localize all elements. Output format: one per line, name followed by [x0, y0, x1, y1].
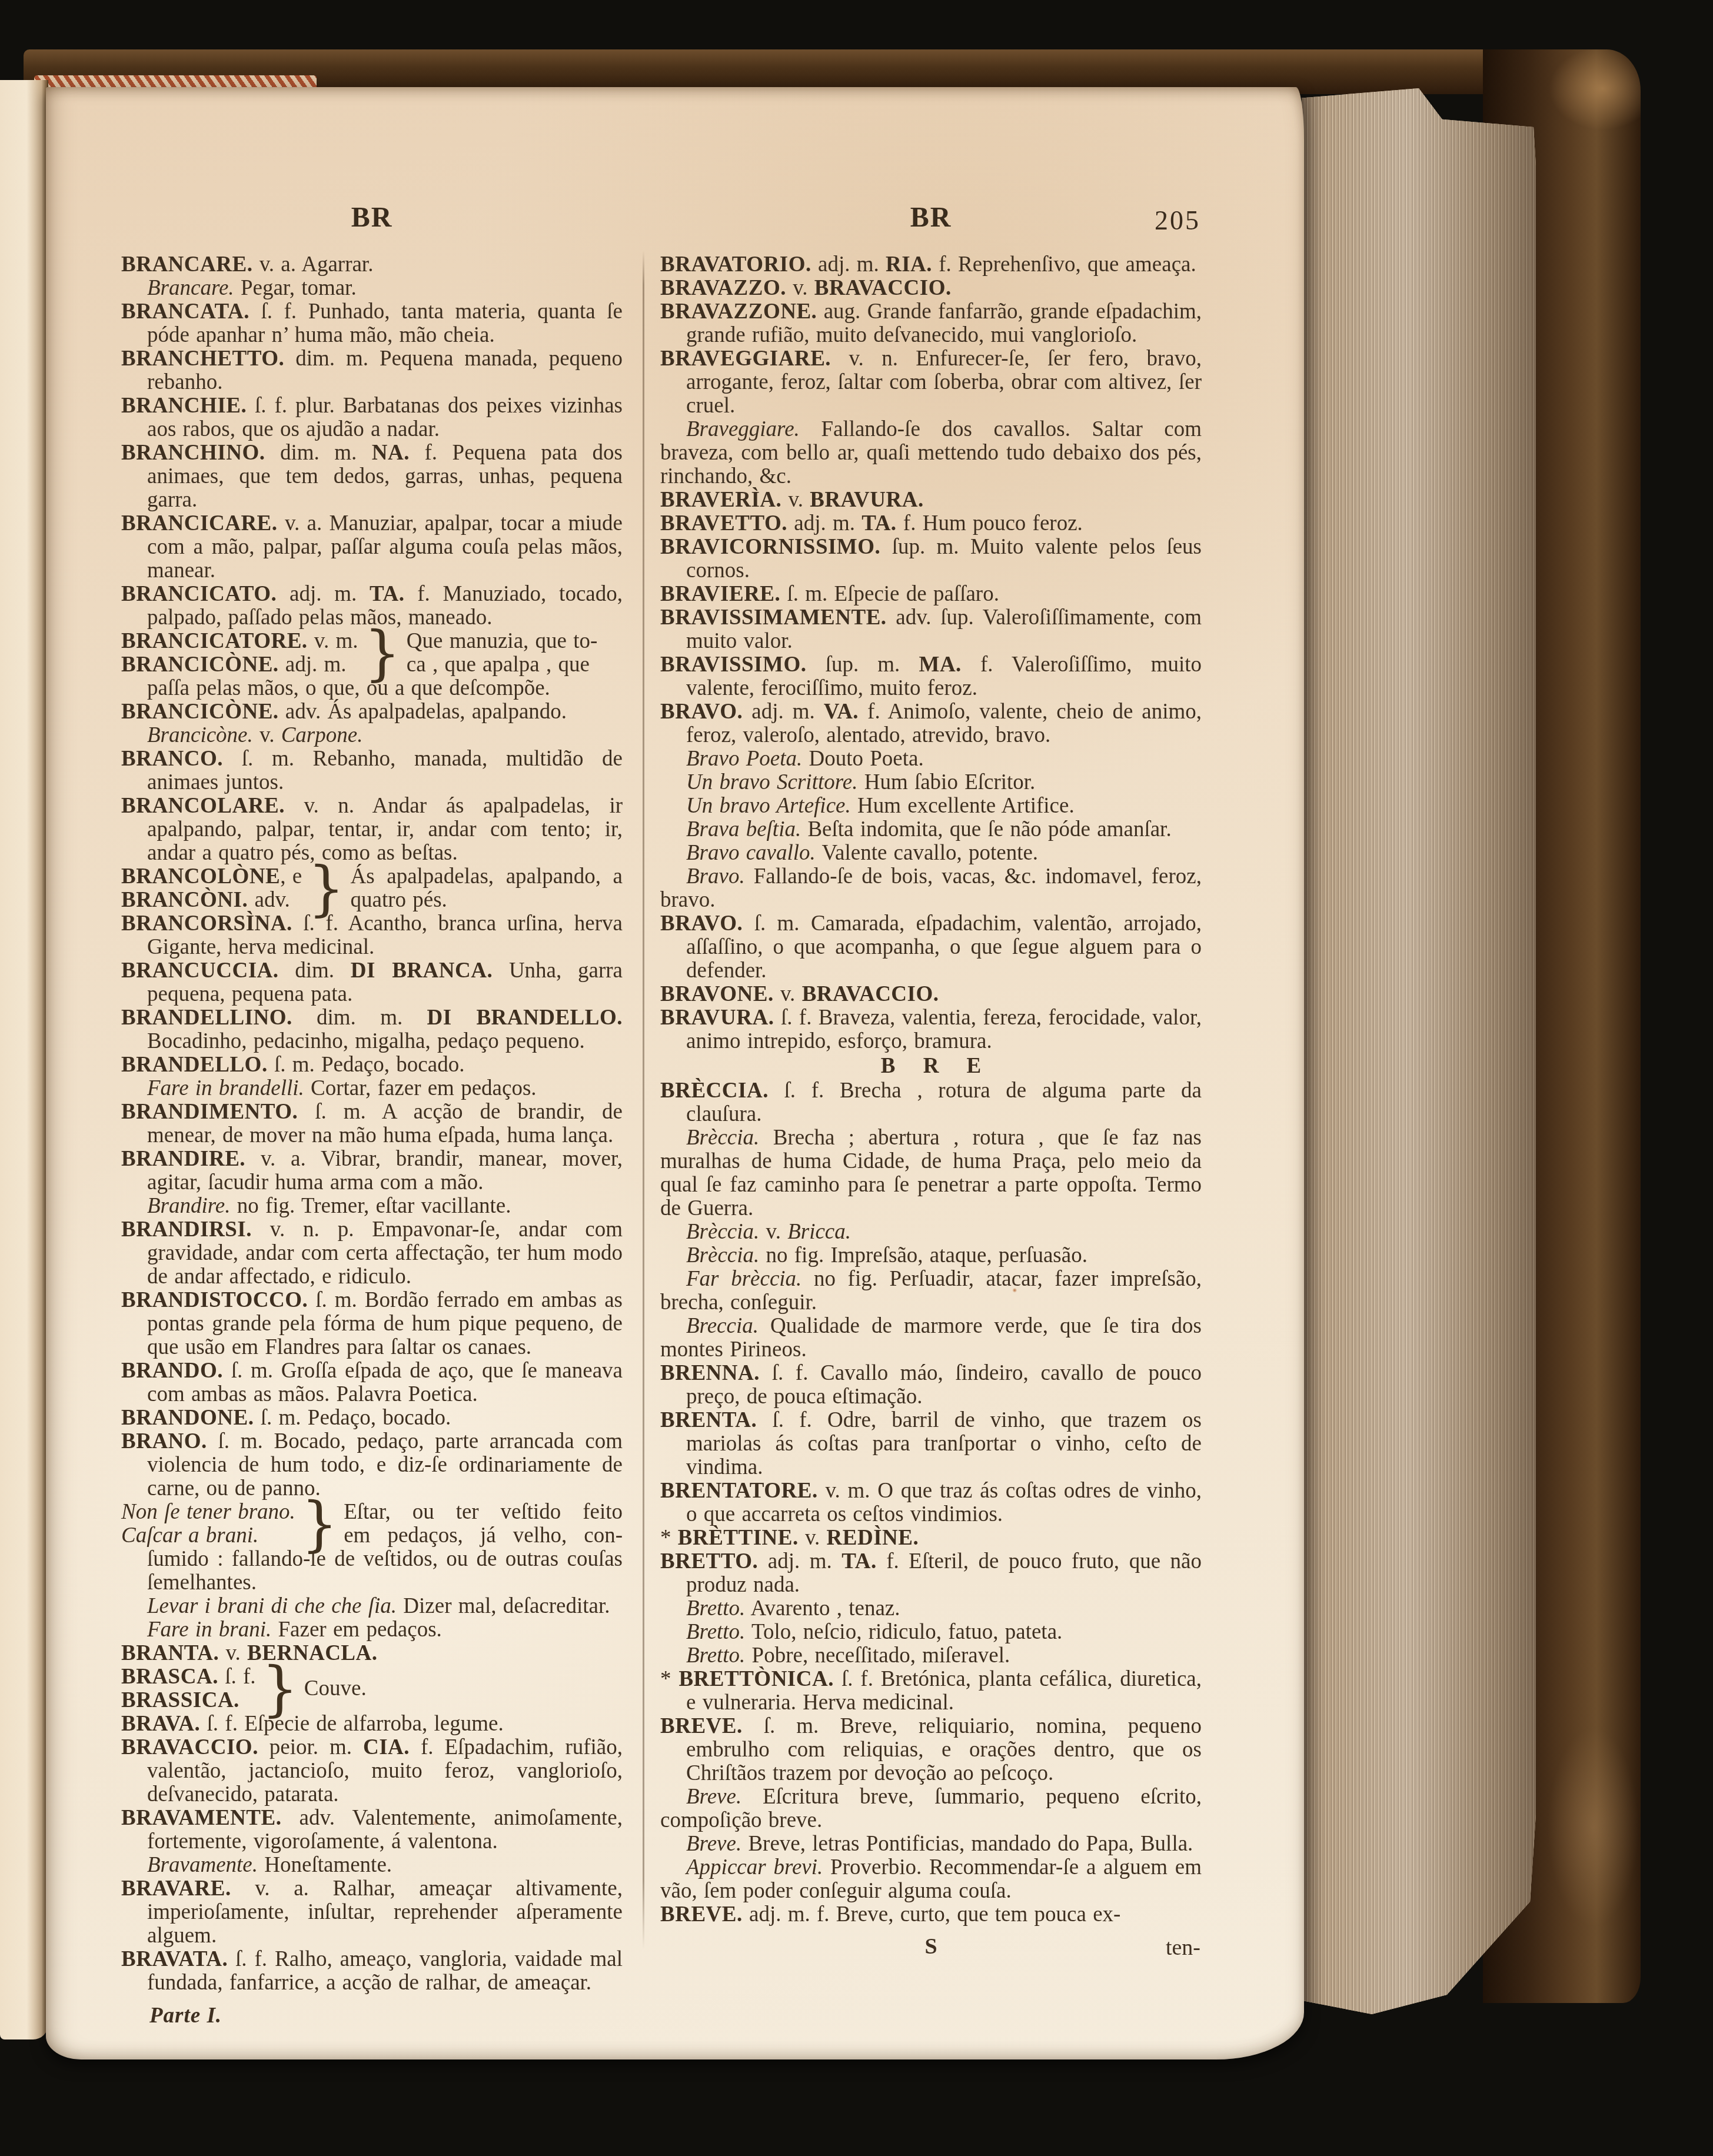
dictionary-entry: BRANO. ſ. m. Bocado, pedaço, parte arran… — [121, 1430, 623, 1500]
dictionary-entry: BRAVO. ſ. m. Camarada, eſpadachim, valen… — [660, 912, 1202, 983]
brace-group: BRANCOLÒNE, eBRANCÒNI. adv.}Ás apalpadel… — [121, 865, 623, 912]
dictionary-entry: BRAVAZZONE. aug. Grande fanfarrão, grand… — [660, 300, 1202, 347]
column-rule — [643, 251, 644, 1949]
dictionary-entry: BRANCHINO. dim. m. NA. f. Pequena pata d… — [121, 441, 623, 512]
dictionary-entry: BRANCHIE. ſ. f. plur. Barbatanas dos pei… — [121, 394, 623, 441]
dictionary-entry: BRANDIRE. v. a. Vibrar, brandir, manear,… — [121, 1147, 623, 1195]
dictionary-entry: BRANCICÒNE. adv. Ás apalpadelas, apalpan… — [121, 700, 623, 724]
sub-entry: Brancicòne. v. Carpone. — [121, 724, 623, 747]
sub-entry: Bretto. Tolo, neſcio, ridiculo, fatuo, p… — [660, 1621, 1202, 1644]
running-head-row-right: BR 205 — [660, 202, 1202, 233]
brace-shared-definition: Ás apalpadelas, apalpando, aquatro pés. — [347, 865, 623, 912]
dictionary-entry: BRANCO. ſ. m. Rebanho, manada, multidão … — [121, 747, 623, 794]
dictionary-entry: BRANCUCCIA. dim. DI BRANCA. Unha, garra … — [121, 959, 623, 1006]
brace-shared-definition: Couve. — [301, 1665, 623, 1712]
dictionary-entry: BRANDIMENTO. ſ. m. A acção de brandir, d… — [121, 1100, 623, 1147]
right-column-body: BRAVATORIO. adj. m. RIA. f. Reprehenſivo… — [660, 253, 1202, 1927]
dictionary-entry: BRAVISSIMO. ſup. m. MA. f. Valeroſiſſimo… — [660, 653, 1202, 700]
dictionary-entry: BRANCATA. ſ. f. Punhado, tanta materia, … — [121, 300, 623, 347]
sub-entry: Breccia. Qualidade de marmore verde, que… — [660, 1315, 1202, 1362]
dictionary-entry: BRAVERÌA. v. BRAVURA. — [660, 488, 1202, 512]
book-page: BR BRANCARE. v. a. Agarrar.Brancare. Peg… — [46, 87, 1304, 2059]
sub-entry: Bravo Poeta. Douto Poeta. — [660, 747, 1202, 771]
sub-entry: Un bravo Artefice. Hum excellente Artifi… — [660, 794, 1202, 818]
sub-entry: Levar i brani di che che ſia. Dizer mal,… — [121, 1595, 623, 1618]
sub-entry: Bravamente. Honeſtamente. — [121, 1854, 623, 1877]
dictionary-entry: BRANDIRSI. v. n. p. Empavonar-ſe, andar … — [121, 1218, 623, 1289]
dictionary-entry: BRAVATA. ſ. f. Ralho, ameaço, vangloria,… — [121, 1948, 623, 1995]
dictionary-entry: BREVE. ſ. m. Breve, reliquiario, nomina,… — [660, 1715, 1202, 1785]
dictionary-entry: BRAVA. ſ. f. Eſpecie de alfarroba, legum… — [121, 1712, 623, 1736]
sub-entry: Appiccar brevi. Proverbio. Recommendar-ſ… — [660, 1856, 1202, 1903]
brace-glyph: } — [308, 864, 344, 913]
dictionary-entry: BRAVIERE. ſ. m. Eſpecie de paſſaro. — [660, 583, 1202, 606]
dictionary-entry: BRAVACCIO. peior. m. CIA. f. Eſpadachim,… — [121, 1736, 623, 1806]
dictionary-entry: BRANDONE. ſ. m. Pedaço, bocado. — [121, 1406, 623, 1430]
dictionary-entry: BRANCHETTO. dim. m. Pequena manada, pequ… — [121, 347, 623, 394]
running-head-row-left: BR — [121, 202, 623, 233]
part-signature-line: Parte I. — [121, 2004, 623, 2028]
dictionary-entry: BRENTA. ſ. f. Odre, barril de vinho, que… — [660, 1409, 1202, 1479]
sub-entry: Bretto. Pobre, neceſſitado, miſeravel. — [660, 1644, 1202, 1668]
sub-entry: Breve. Eſcritura breve, ſummario, pequen… — [660, 1785, 1202, 1832]
catchword: ten- — [1166, 1936, 1200, 1959]
sub-entry: Un bravo Scrittore. Hum ſabio Eſcritor. — [660, 771, 1202, 794]
dictionary-entry: BRAVICORNISSIMO. ſup. m. Muito valente p… — [660, 535, 1202, 583]
dictionary-entry: BRAVO. adj. m. VA. f. Animoſo, valente, … — [660, 700, 1202, 747]
brace-left-terms: BRASCA. ſ. f.BRASSICA. — [121, 1665, 256, 1712]
right-column: BR 205 BRAVATORIO. adj. m. RIA. f. Repre… — [660, 202, 1202, 1959]
brace-shared-definition: Que manuzia, que to-ca , que apalpa , qu… — [403, 630, 623, 677]
dictionary-entry: BRANDELLO. ſ. m. Pedaço, bocado. — [121, 1053, 623, 1077]
brace-glyph: } — [262, 1665, 298, 1713]
sub-entry: Bravo. Fallando-ſe de bois, vacas, &c. i… — [660, 865, 1202, 912]
dictionary-entry: BRAVATORIO. adj. m. RIA. f. Reprehenſivo… — [660, 253, 1202, 277]
left-column: BR BRANCARE. v. a. Agarrar.Brancare. Peg… — [121, 202, 623, 2028]
sub-entry: Breve. Breve, letras Pontificias, mandad… — [660, 1832, 1202, 1856]
dictionary-entry: BRANDO. ſ. m. Groſſa eſpada de aço, que … — [121, 1359, 623, 1406]
dictionary-entry: BRAVETTO. adj. m. TA. f. Hum pouco feroz… — [660, 512, 1202, 535]
sub-entry: Brava beſtia. Beſta indomita, que ſe não… — [660, 818, 1202, 841]
running-head-right: BR — [910, 202, 952, 233]
sub-entry: Brèccia. Brecha ; abertura , rotura , qu… — [660, 1126, 1202, 1220]
entry-continuation: ſumido : fallando-ſe de veſtidos, ou de … — [121, 1548, 623, 1595]
dictionary-entry: BRANDISTOCCO. ſ. m. Bordão ferrado em am… — [121, 1289, 623, 1359]
brace-group: BRASCA. ſ. f.BRASSICA.}Couve. — [121, 1665, 623, 1712]
signature-mark: S — [660, 1935, 1202, 1958]
brace-left-terms: Non ſe tener brano.Caſcar a brani. — [121, 1500, 295, 1548]
dictionary-entry: BRÈCCIA. ſ. f. Brecha , rotura de alguma… — [660, 1079, 1202, 1126]
signature-line: S ten- — [660, 1935, 1202, 1959]
sub-entry: Brèccia. v. Bricca. — [660, 1220, 1202, 1244]
brace-glyph: } — [301, 1500, 338, 1548]
sub-entry: Braveggiare. Fallando-ſe dos cavallos. S… — [660, 418, 1202, 488]
dictionary-entry: * BRÈTTINE. v. REDÌNE. — [660, 1526, 1202, 1550]
brace-left-terms: BRANCOLÒNE, eBRANCÒNI. adv. — [121, 865, 302, 912]
part-signature: Parte I. — [149, 2004, 222, 2028]
dictionary-entry: * BRETTÒNICA. ſ. f. Bretónica, planta ce… — [660, 1668, 1202, 1715]
dictionary-entry: BRAVEGGIARE. v. n. Enfurecer-ſe, ſer fer… — [660, 347, 1202, 418]
dictionary-entry: BRAVISSIMAMENTE. adv. ſup. Valeroſiſſima… — [660, 606, 1202, 653]
dictionary-entry: BRETTO. adj. m. TA. f. Eſteril, de pouco… — [660, 1550, 1202, 1597]
left-column-body: BRANCARE. v. a. Agarrar.Brancare. Pegar,… — [121, 253, 623, 1995]
brace-glyph: } — [364, 629, 400, 677]
page-number: 205 — [1155, 205, 1200, 236]
dictionary-entry: BRAVARE. v. a. Ralhar, ameaçar altivamen… — [121, 1877, 623, 1948]
brace-shared-definition: Eſtar, ou ter veſtido feitoem pedaços, j… — [340, 1500, 623, 1548]
dictionary-entry: BRANCOLARE. v. n. Andar ás apalpadelas, … — [121, 794, 623, 865]
running-head-left: BR — [351, 202, 393, 233]
page-stack-fore-edge — [1302, 88, 1536, 2028]
dictionary-entry: BRANTA. v. BERNACLA. — [121, 1642, 623, 1665]
sub-entry: Brèccia. no fig. Impreſsão, ataque, perſ… — [660, 1244, 1202, 1267]
dictionary-entry: BRENNA. ſ. f. Cavallo máo, ſindeiro, cav… — [660, 1362, 1202, 1409]
brace-group: Non ſe tener brano.Caſcar a brani.}Eſtar… — [121, 1500, 623, 1548]
dictionary-entry: BRAVAMENTE. adv. Valentemente, animoſame… — [121, 1806, 623, 1854]
dictionary-entry: BRANCICARE. v. a. Manuziar, apalpar, toc… — [121, 512, 623, 583]
sub-entry: Fare in brani. Fazer em pedaços. — [121, 1618, 623, 1642]
facing-page-edge — [0, 80, 48, 2039]
sub-entry: Bretto. Avarento , tenaz. — [660, 1597, 1202, 1621]
sub-entry: Brancare. Pegar, tomar. — [121, 277, 623, 300]
sub-entry: Fare in brandelli. Cortar, fazer em peda… — [121, 1077, 623, 1100]
dictionary-entry: BRAVAZZO. v. BRAVACCIO. — [660, 277, 1202, 300]
dictionary-entry: BRANDELLINO. dim. m. DI BRANDELLO. Bocad… — [121, 1006, 623, 1053]
dictionary-entry: BREVE. adj. m. f. Breve, curto, que tem … — [660, 1903, 1202, 1927]
dictionary-entry: BRAVONE. v. BRAVACCIO. — [660, 983, 1202, 1006]
dictionary-entry: BRAVURA. ſ. f. Braveza, valentia, fereza… — [660, 1006, 1202, 1053]
brace-left-terms: BRANCICATORE. v. m.BRANCICÒNE. adj. m. — [121, 630, 358, 677]
section-heading: B R E — [660, 1054, 1202, 1078]
dictionary-entry: BRENTATORE. v. m. O que traz ás coſtas o… — [660, 1479, 1202, 1526]
brace-group: BRANCICATORE. v. m.BRANCICÒNE. adj. m.}Q… — [121, 630, 623, 677]
dictionary-entry: BRANCARE. v. a. Agarrar. — [121, 253, 623, 277]
sub-entry: Bravo cavallo. Valente cavallo, potente. — [660, 841, 1202, 865]
scan-background: BR BRANCARE. v. a. Agarrar.Brancare. Peg… — [0, 0, 1713, 2156]
sub-entry: Brandire. no fig. Tremer, eſtar vacillan… — [121, 1195, 623, 1218]
sub-entry: Far brèccia. no fig. Perſuadir, atacar, … — [660, 1267, 1202, 1315]
dictionary-entry: BRANCORSÌNA. ſ. f. Acantho, branca urſin… — [121, 912, 623, 959]
